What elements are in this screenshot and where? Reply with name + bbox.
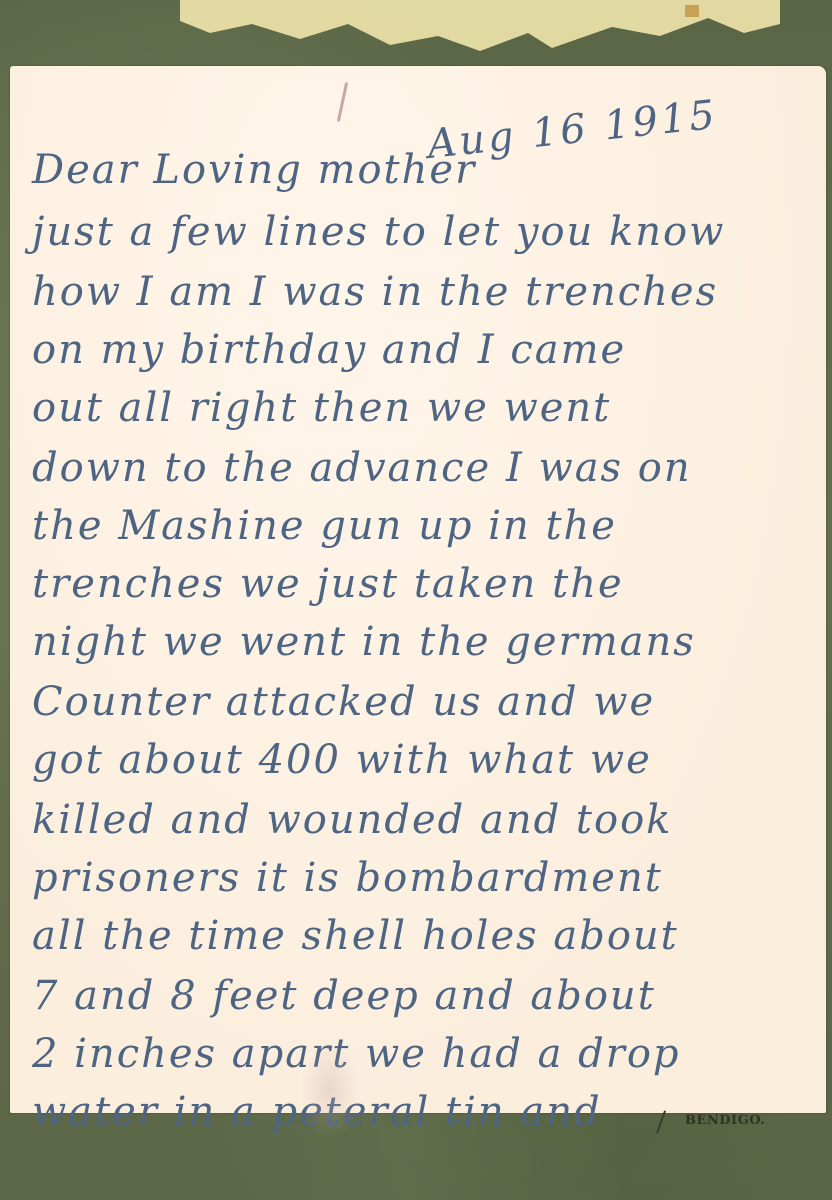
letter-line: trenches we just taken the <box>32 564 624 604</box>
letter-line: all the time shell holes about <box>32 916 679 956</box>
page-number-mark <box>335 82 349 122</box>
letter-line: the Mashine gun up in the <box>32 506 617 546</box>
letter-line: 7 and 8 feet deep and about <box>32 976 656 1016</box>
letter-line: Counter attacked us and we <box>32 682 655 722</box>
letter-line: prisoners it is bombardment <box>32 858 663 898</box>
letter-line: got about 400 with what we <box>32 740 652 780</box>
letter-line: down to the advance I was on <box>32 448 692 488</box>
letter-line: killed and wounded and took <box>32 800 672 840</box>
ink-stain <box>300 1040 360 1140</box>
stain <box>685 5 699 17</box>
letter-line: Dear Loving mother <box>32 150 476 190</box>
letter-line: out all right then we went <box>32 388 611 428</box>
letter-line: night we went in the germans <box>32 622 696 662</box>
pencil-mark <box>656 1110 666 1133</box>
letter-line: how I am I was in the trenches <box>32 272 718 312</box>
studio-imprint: BENDIGO. <box>685 1113 765 1128</box>
letter-line: on my birthday and I came <box>32 330 626 370</box>
torn-paper-scrap <box>180 0 780 60</box>
letter-line: just a few lines to let you know <box>32 212 725 252</box>
